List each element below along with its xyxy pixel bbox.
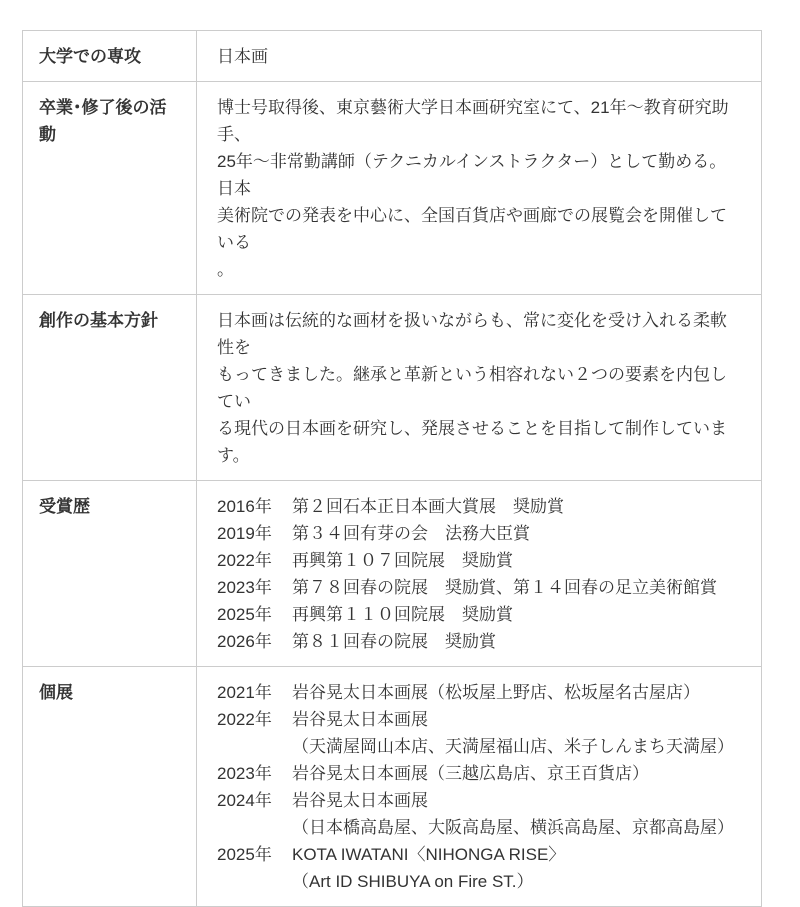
award-entry-text: 再興第１０７回院展 奨励賞 <box>292 547 743 574</box>
award-entry-year: 2019年 <box>217 520 277 547</box>
table-row-university-major: 大学での専攻 日本画 <box>23 31 762 82</box>
row-value-post-graduation-activity: 博士号取得後、東京藝術大学日本画研究室にて、21年〜教育研究助手、 25年〜非常… <box>197 82 762 295</box>
page: 大学での専攻 日本画 卒業･修了後の活動 博士号取得後、東京藝術大学日本画研究室… <box>0 0 800 756</box>
award-entry: 2026年 第８１回春の院展 奨励賞 <box>217 628 743 655</box>
exhibition-entry-year: 2023年 <box>217 760 277 787</box>
exhibition-entry-text: 岩谷晃太日本画展（松坂屋上野店、松坂屋名古屋店） <box>292 679 743 706</box>
artist-profile-table: 大学での専攻 日本画 卒業･修了後の活動 博士号取得後、東京藝術大学日本画研究室… <box>22 30 762 907</box>
award-entry-year: 2026年 <box>217 628 277 655</box>
award-entry-text: 第２回石本正日本画大賞展 奨励賞 <box>292 493 743 520</box>
exhibition-entry: 2025年 KOTA IWATANI〈NIHONGA RISE〉 （Art ID… <box>217 841 743 895</box>
exhibition-entry-text: 岩谷晃太日本画展 （日本橋高島屋、大阪高島屋、横浜高島屋、京都高島屋） <box>292 787 743 841</box>
creative-policy-text: 日本画は伝統的な画材を扱いながらも、常に変化を受け入れる柔軟性を もってきました… <box>217 307 743 469</box>
award-entry-year: 2023年 <box>217 574 277 601</box>
row-value-solo-exhibitions: 2021年 岩谷晃太日本画展（松坂屋上野店、松坂屋名古屋店） 2022年 岩谷晃… <box>197 667 762 907</box>
table-row-post-graduation-activity: 卒業･修了後の活動 博士号取得後、東京藝術大学日本画研究室にて、21年〜教育研究… <box>23 82 762 295</box>
award-entry: 2022年 再興第１０７回院展 奨励賞 <box>217 547 743 574</box>
exhibition-entry: 2022年 岩谷晃太日本画展 （天満屋岡山本店、天満屋福山店、米子しんまち天満屋… <box>217 706 743 760</box>
exhibition-entry-year: 2021年 <box>217 679 277 706</box>
exhibition-entry-text: 岩谷晃太日本画展（三越広島店、京王百貨店） <box>292 760 743 787</box>
row-value-creative-policy: 日本画は伝統的な画材を扱いながらも、常に変化を受け入れる柔軟性を もってきました… <box>197 295 762 481</box>
award-entry-year: 2022年 <box>217 547 277 574</box>
row-label-post-graduation-activity: 卒業･修了後の活動 <box>23 82 197 295</box>
award-entry-text: 第３４回有芽の会 法務大臣賞 <box>292 520 743 547</box>
exhibition-entry: 2023年 岩谷晃太日本画展（三越広島店、京王百貨店） <box>217 760 743 787</box>
exhibition-entry: 2024年 岩谷晃太日本画展 （日本橋高島屋、大阪高島屋、横浜高島屋、京都高島屋… <box>217 787 743 841</box>
row-label-solo-exhibitions: 個展 <box>23 667 197 907</box>
profile-table-body: 大学での専攻 日本画 卒業･修了後の活動 博士号取得後、東京藝術大学日本画研究室… <box>23 31 762 907</box>
award-entry-year: 2025年 <box>217 601 277 628</box>
university-major-text: 日本画 <box>217 43 743 70</box>
post-graduation-activity-text: 博士号取得後、東京藝術大学日本画研究室にて、21年〜教育研究助手、 25年〜非常… <box>217 94 743 283</box>
table-row-awards: 受賞歴 2016年 第２回石本正日本画大賞展 奨励賞 2019年 第３４回有芽の… <box>23 481 762 667</box>
exhibition-entry-year: 2025年 <box>217 841 277 868</box>
row-label-creative-policy: 創作の基本方針 <box>23 295 197 481</box>
award-entry-year: 2016年 <box>217 493 277 520</box>
row-label-university-major: 大学での専攻 <box>23 31 197 82</box>
table-row-solo-exhibitions: 個展 2021年 岩谷晃太日本画展（松坂屋上野店、松坂屋名古屋店） 2022年 … <box>23 667 762 907</box>
row-value-university-major: 日本画 <box>197 31 762 82</box>
award-entry-text: 第８１回春の院展 奨励賞 <box>292 628 743 655</box>
award-entry: 2019年 第３４回有芽の会 法務大臣賞 <box>217 520 743 547</box>
exhibition-entry-text: 岩谷晃太日本画展 （天満屋岡山本店、天満屋福山店、米子しんまち天満屋） <box>292 706 743 760</box>
award-entry-text: 第７８回春の院展 奨励賞、第１４回春の足立美術館賞 <box>292 574 743 601</box>
exhibition-entry: 2021年 岩谷晃太日本画展（松坂屋上野店、松坂屋名古屋店） <box>217 679 743 706</box>
exhibition-entry-text: KOTA IWATANI〈NIHONGA RISE〉 （Art ID SHIBU… <box>292 841 743 895</box>
row-label-awards: 受賞歴 <box>23 481 197 667</box>
table-row-creative-policy: 創作の基本方針 日本画は伝統的な画材を扱いながらも、常に変化を受け入れる柔軟性を… <box>23 295 762 481</box>
award-entry: 2025年 再興第１１０回院展 奨励賞 <box>217 601 743 628</box>
award-entry: 2016年 第２回石本正日本画大賞展 奨励賞 <box>217 493 743 520</box>
exhibition-entry-year: 2022年 <box>217 706 277 733</box>
row-value-awards: 2016年 第２回石本正日本画大賞展 奨励賞 2019年 第３４回有芽の会 法務… <box>197 481 762 667</box>
award-entry-text: 再興第１１０回院展 奨励賞 <box>292 601 743 628</box>
award-entry: 2023年 第７８回春の院展 奨励賞、第１４回春の足立美術館賞 <box>217 574 743 601</box>
exhibition-entry-year: 2024年 <box>217 787 277 814</box>
